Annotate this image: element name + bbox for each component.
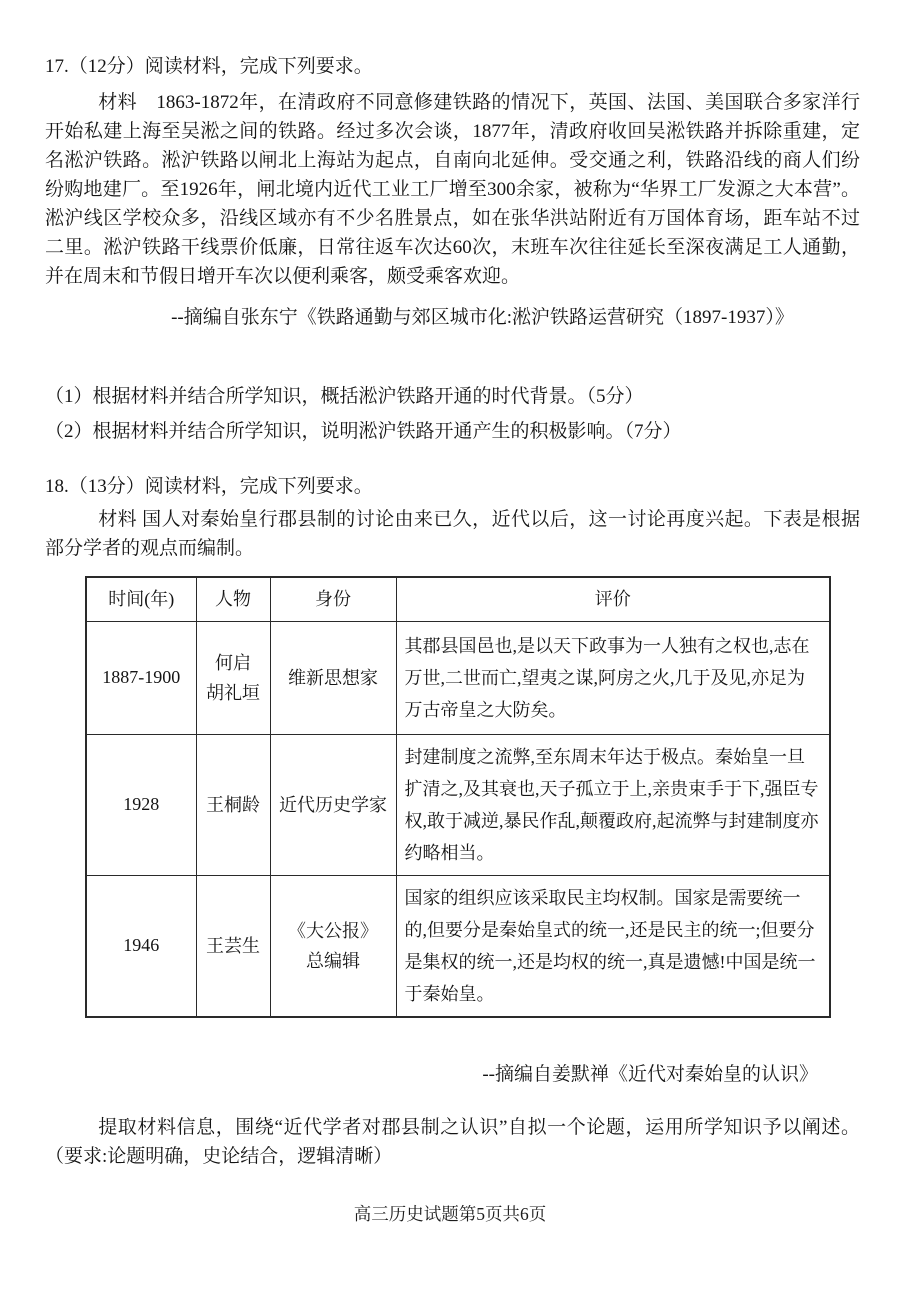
table-header-evaluation: 评价 <box>396 577 830 621</box>
question-18-task: 提取材料信息，围绕“近代学者对郡县制之认识”自拟一个论题，运用所学知识予以阐述。… <box>45 1113 860 1171</box>
table-header-person: 人物 <box>196 577 270 621</box>
table-header-time: 时间(年) <box>86 577 196 621</box>
cell-identity: 近代历史学家 <box>270 734 396 875</box>
cell-identity: 维新思想家 <box>270 621 396 734</box>
question-18-source: --摘编自姜默禅《近代对秦始皇的认识》 <box>45 1060 860 1089</box>
cell-identity: 《大公报》 总编辑 <box>270 875 396 1017</box>
cell-evaluation: 封建制度之流弊,至东周末年达于极点。秦始皇一旦扩清之,及其衰也,天子孤立于上,亲… <box>396 734 830 875</box>
table-header-identity: 身份 <box>270 577 396 621</box>
page-footer: 高三历史试题第5页共6页 <box>0 1200 900 1229</box>
table-row: 1887-1900 何启 胡礼垣 维新思想家 其郡县国邑也,是以天下政事为一人独… <box>86 621 830 734</box>
cell-time: 1928 <box>86 734 196 875</box>
cell-evaluation: 其郡县国邑也,是以天下政事为一人独有之权也,志在万世,二世而亡,望夷之谋,阿房之… <box>396 621 830 734</box>
table-header-row: 时间(年) 人物 身份 评价 <box>86 577 830 621</box>
table-row: 1928 王桐龄 近代历史学家 封建制度之流弊,至东周末年达于极点。秦始皇一旦扩… <box>86 734 830 875</box>
cell-person: 王芸生 <box>196 875 270 1017</box>
cell-time: 1946 <box>86 875 196 1017</box>
table-row: 1946 王芸生 《大公报》 总编辑 国家的组织应该采取民主均权制。国家是需要统… <box>86 875 830 1017</box>
cell-person: 何启 胡礼垣 <box>196 621 270 734</box>
question-18-material: 材料 国人对秦始皇行郡县制的讨论由来已久，近代以后，这一讨论再度兴起。下表是根据… <box>45 505 860 563</box>
cell-time: 1887-1900 <box>86 621 196 734</box>
exam-page: 17.（12分）阅读材料，完成下列要求。 材料 1863-1872年，在清政府不… <box>0 0 900 1297</box>
cell-person: 王桐龄 <box>196 734 270 875</box>
question-18-heading: 18.（13分）阅读材料，完成下列要求。 <box>45 472 860 501</box>
question-17-material: 材料 1863-1872年，在清政府不同意修建铁路的情况下，英国、法国、美国联合… <box>45 88 860 291</box>
question-17-sub1: （1）根据材料并结合所学知识，概括淞沪铁路开通的时代背景。（5分） <box>45 382 860 411</box>
scholars-table: 时间(年) 人物 身份 评价 1887-1900 何启 胡礼垣 维新思想家 其郡… <box>85 576 831 1018</box>
question-17-source: --摘编自张东宁《铁路通勤与郊区城市化:淞沪铁路运营研究（1897-1937）》 <box>45 303 860 332</box>
question-17-heading: 17.（12分）阅读材料，完成下列要求。 <box>45 52 860 81</box>
cell-evaluation: 国家的组织应该采取民主均权制。国家是需要统一的,但要分是秦始皇式的统一,还是民主… <box>396 875 830 1017</box>
question-17-sub2: （2）根据材料并结合所学知识，说明淞沪铁路开通产生的积极影响。（7分） <box>45 417 860 446</box>
